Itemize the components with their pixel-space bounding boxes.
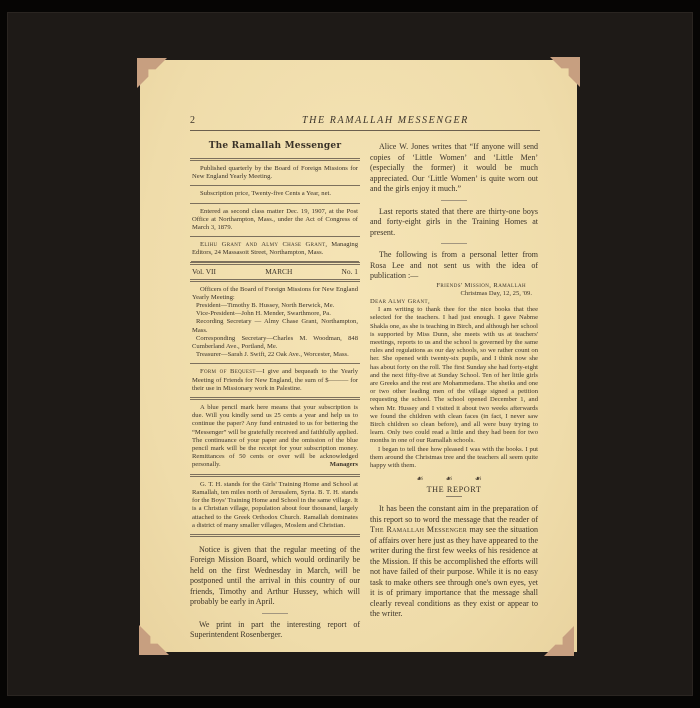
volume-line: Vol. VII MARCH No. 1 — [190, 262, 360, 279]
gth-note-box: G. T. H. stands for the Girls' Training … — [190, 474, 360, 537]
section-divider — [262, 613, 288, 614]
right-column: Alice W. Jones writes that “If anyone wi… — [370, 138, 538, 620]
report-paragraph: It has been the constant aim in the prep… — [370, 504, 538, 620]
bequest-text: Form of Bequest—I give and bequeath to t… — [192, 368, 358, 393]
fleuron-ornament-icon: ☙ ☙ ☙ — [370, 474, 538, 483]
subscription-box: Subscription price, Twenty-five Cents a … — [190, 185, 360, 202]
officer-treasurer: Treasurer—Sarah J. Swift, 22 Oak Ave., W… — [192, 351, 358, 359]
letter-paragraph: I am writing to thank thee for the nice … — [370, 306, 538, 445]
running-title: THE RAMALLAH MESSENGER — [302, 115, 469, 126]
entered-box: Entered as second class matter Dec. 19, … — [190, 203, 360, 237]
section-divider — [441, 243, 467, 244]
blue-pencil-text: A blue pencil mark here means that your … — [192, 404, 358, 470]
published-box: Published quarterly by the Board of Fore… — [190, 158, 360, 185]
officer-corresponding-secretary: Corresponding Secretary—Charles M. Woodm… — [192, 335, 358, 351]
volume: Vol. VII — [192, 267, 216, 276]
report-heading: THE REPORT — [370, 485, 538, 494]
heading-rule — [446, 496, 462, 497]
issue-month: MARCH — [265, 267, 292, 276]
editors-box: Elihu Grant and Almy Chase Grant, Managi… — [190, 236, 360, 261]
report-text-publication: The Ramallah Messenger — [370, 525, 467, 534]
officer-president: President—Timothy B. Hussey, North Berwi… — [192, 302, 358, 310]
editors-names: Elihu Grant and Almy Chase Grant, — [200, 241, 327, 248]
letter-salutation: Dear Almy Grant, — [370, 298, 538, 306]
newsletter-page: 2 THE RAMALLAH MESSENGER The Ramallah Me… — [140, 60, 577, 652]
editors-text: Elihu Grant and Almy Chase Grant, Managi… — [192, 241, 358, 257]
bequest-label: Form of Bequest — [200, 368, 256, 375]
published-text: Published quarterly by the Board of Fore… — [192, 165, 358, 181]
letter-place: Friends' Mission, Ramallah — [370, 282, 538, 290]
header-rule — [190, 130, 540, 131]
bequest-box: Form of Bequest—I give and bequeath to t… — [190, 363, 360, 397]
entered-text: Entered as second class matter Dec. 19, … — [192, 208, 358, 233]
managers-signature: Managers — [322, 461, 358, 469]
letter-date: Christmas Day, 12, 25, '09. — [370, 290, 538, 298]
last-reports-paragraph: Last reports stated that there are thirt… — [370, 207, 538, 239]
subscription-text: Subscription price, Twenty-five Cents a … — [192, 190, 358, 198]
issue-number: No. 1 — [342, 267, 358, 276]
masthead: The Ramallah Messenger — [190, 141, 360, 151]
blue-pencil-box: A blue pencil mark here means that your … — [190, 397, 360, 474]
notice-paragraph: Notice is given that the regular meeting… — [190, 545, 360, 608]
letter-paragraph: I began to tell thee how pleased I was w… — [370, 446, 538, 471]
we-print-paragraph: We print in part the interesting report … — [190, 620, 360, 641]
alice-jones-paragraph: Alice W. Jones writes that “If anyone wi… — [370, 142, 538, 195]
officer-recording-secretary: Recording Secretary — Almy Chase Grant, … — [192, 318, 358, 334]
gth-note-text: G. T. H. stands for the Girls' Training … — [192, 481, 358, 530]
report-text-start: It has been the constant aim in the prep… — [370, 504, 538, 524]
report-text-end: may see the situation of affairs over he… — [370, 525, 538, 618]
left-column: The Ramallah Messenger Published quarter… — [190, 138, 360, 641]
officers-box: Officers of the Board of Foreign Mission… — [190, 279, 360, 364]
following-paragraph: The following is from a personal letter … — [370, 250, 538, 282]
page-number: 2 — [190, 115, 197, 126]
officers-intro: Officers of the Board of Foreign Mission… — [192, 286, 358, 302]
blue-pencil-body: A blue pencil mark here means that your … — [192, 404, 358, 468]
section-divider — [441, 200, 467, 201]
officer-vice-president: Vice-President—John H. Mender, Swarthmor… — [192, 310, 358, 318]
rosa-lee-letter: Friends' Mission, Ramallah Christmas Day… — [370, 282, 538, 471]
